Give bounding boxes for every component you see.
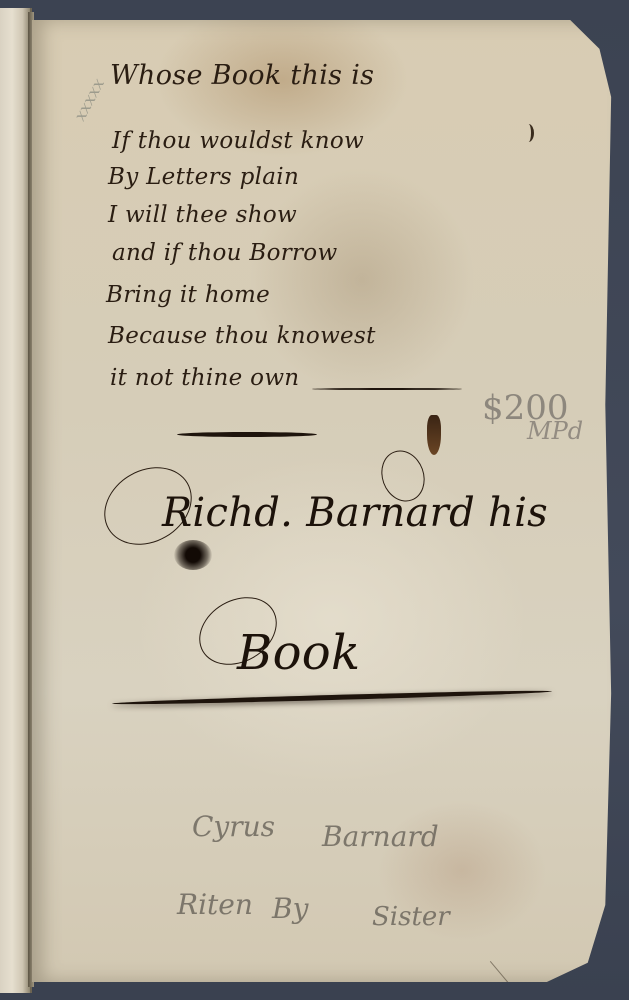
- ink-blot: [174, 540, 212, 570]
- ink-rule-top: [177, 432, 317, 437]
- photo-scene: xxxxx Whose Book this is If thou wouldst…: [0, 0, 629, 1000]
- ink-stain-s: [427, 415, 441, 455]
- poem-line-7: Because thou knowest: [108, 323, 376, 349]
- poem-line-3: By Letters plain: [108, 164, 299, 190]
- ink-rule-bottom: [112, 689, 552, 706]
- poem-line-4: I will thee show: [108, 202, 297, 228]
- pencil-price-note: MPd: [527, 417, 583, 445]
- owner-book-word: Book: [237, 625, 360, 681]
- poem-line-8: it not thine own: [110, 365, 299, 391]
- owner-name-line: Richd. Barnard his: [162, 490, 548, 536]
- pencil-written-3: Sister: [372, 902, 450, 932]
- poem-line-2: If thou wouldst know: [112, 128, 364, 154]
- pencil-written-1: Riten: [177, 888, 253, 921]
- poem-end-rule: [312, 388, 462, 390]
- poem-line-5: and if thou Borrow: [112, 240, 337, 266]
- flyleaf-page: xxxxx Whose Book this is If thou wouldst…: [32, 20, 617, 982]
- page-tear-top-right: [607, 44, 619, 76]
- page-corner-fold: [490, 922, 575, 1000]
- pencil-written-2: By: [272, 892, 308, 925]
- margin-pencil-marks: xxxxx: [70, 75, 108, 124]
- poem-line-6: Bring it home: [106, 282, 270, 308]
- poem-line-1: Whose Book this is: [110, 60, 374, 91]
- pencil-signature-first: Cyrus: [192, 810, 275, 843]
- pencil-signature-last: Barnard: [322, 820, 439, 853]
- page-crease-mark: [523, 124, 534, 142]
